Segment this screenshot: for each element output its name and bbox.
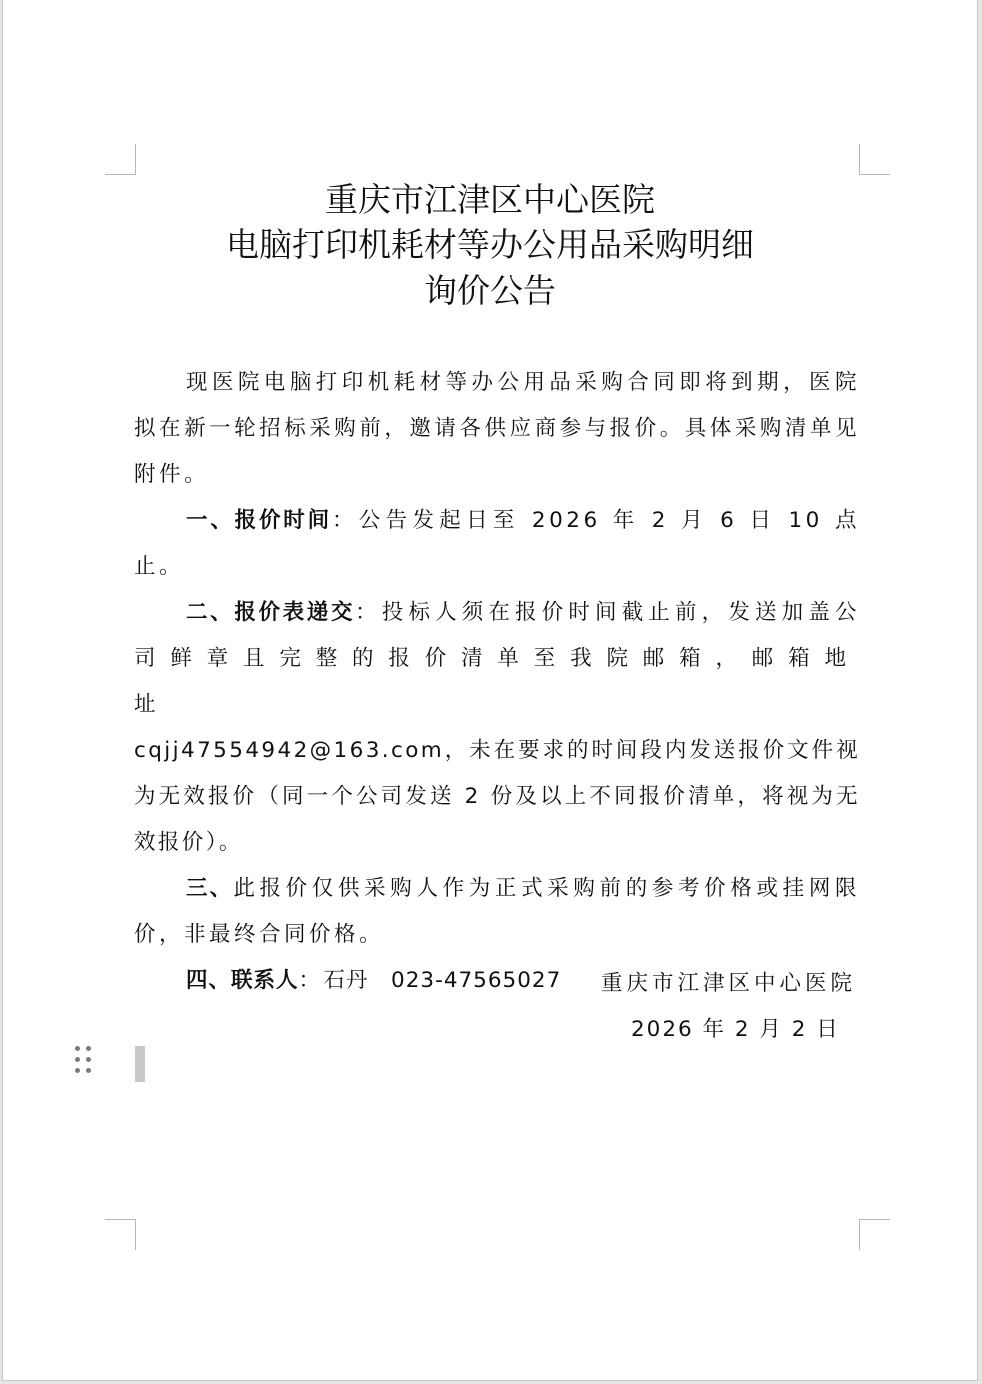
document-body: 现医院电脑打印机耗材等办公用品采购合同即将到期，医院拟在新一轮招标采购前，邀请各… — [134, 360, 860, 1004]
title-line-3: 询价公告 — [3, 266, 977, 316]
signature-organization: 重庆市江津区中心医院 — [601, 966, 856, 997]
signature-date: 2026 年 2 月 2 日 — [631, 1012, 840, 1043]
section-text: 司鲜章且完整的报价清单至我院邮箱，邮箱地址 — [134, 636, 860, 728]
title-line-2: 电脑打印机耗材等办公用品采购明细 — [3, 220, 977, 270]
section-text: 投标人须在报价时间截止前，发送加盖公 — [382, 600, 860, 625]
margin-corner-bottom-left — [105, 1219, 136, 1250]
margin-corner-top-left — [105, 144, 136, 175]
section-heading: 二、报价表递交 — [186, 600, 355, 625]
section-text: cqjj47554942@163.com，未在要求的时间段内发送报价文件视为无效… — [134, 728, 860, 866]
section-text: 石丹 023-47565027 — [324, 968, 562, 993]
section-heading: 一、报价时间 — [186, 508, 332, 533]
section-submission: 二、报价表递交：投标人须在报价时间截止前，发送加盖公 司鲜章且完整的报价清单至我… — [134, 590, 860, 866]
title-line-1: 重庆市江津区中心医院 — [3, 175, 977, 225]
section-text: 此报价仅供采购人作为正式采购前的参考价格或挂网限价，非最终合同价格。 — [134, 876, 860, 947]
section-heading: 四、联系人 — [186, 968, 299, 993]
section-heading: 三、 — [186, 876, 233, 901]
margin-corner-top-right — [859, 144, 890, 175]
section-quote-time: 一、报价时间：公告发起日至 2026 年 2 月 6 日 10 点止。 — [134, 498, 860, 590]
intro-paragraph: 现医院电脑打印机耗材等办公用品采购合同即将到期，医院拟在新一轮招标采购前，邀请各… — [134, 360, 860, 498]
drag-handle-icon[interactable] — [75, 1046, 93, 1076]
section-reference-note: 三、此报价仅供采购人作为正式采购前的参考价格或挂网限价，非最终合同价格。 — [134, 866, 860, 958]
margin-corner-bottom-right — [859, 1219, 890, 1250]
document-page: 重庆市江津区中心医院 电脑打印机耗材等办公用品采购明细 询价公告 现医院电脑打印… — [2, 0, 978, 1381]
block-selection-marker[interactable] — [135, 1046, 145, 1082]
